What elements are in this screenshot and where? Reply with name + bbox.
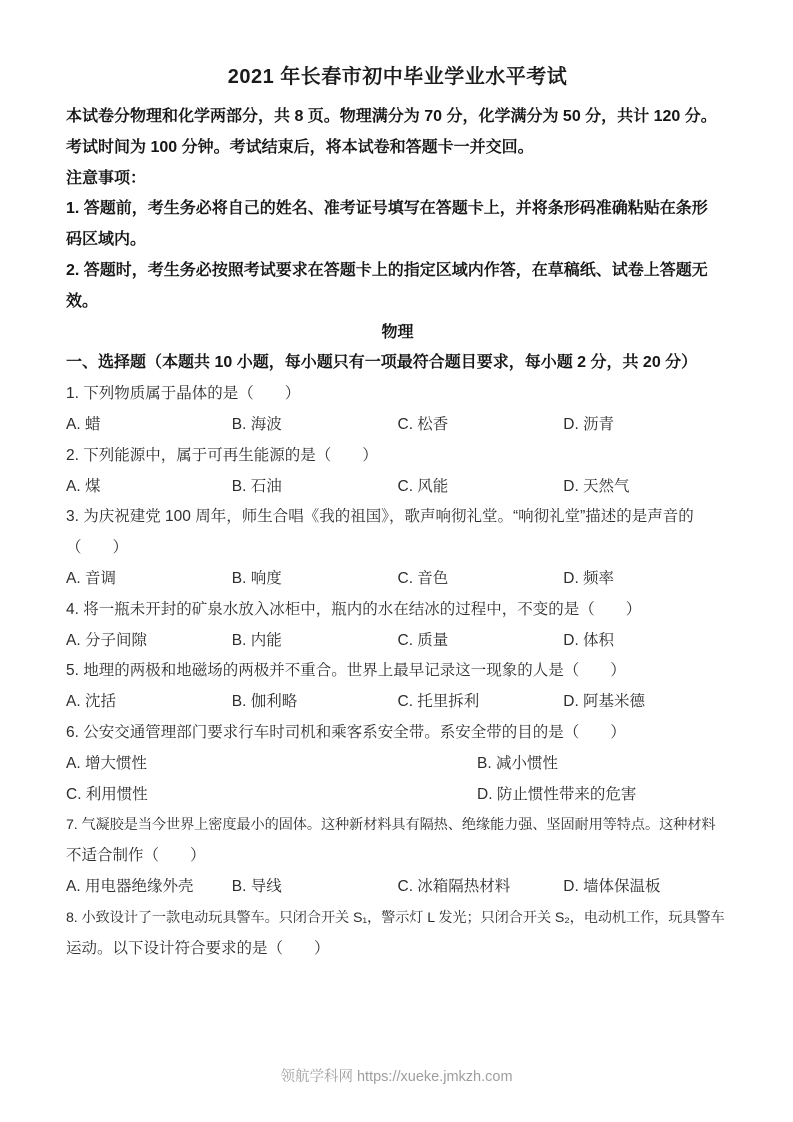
question-6-stem: 6. 公安交通管理部门要求行车时司机和乘客系安全带。系安全带的目的是（ ） — [66, 718, 729, 749]
question-4-option-c: C. 质量 — [398, 626, 564, 657]
question-7-stem-line-1: 7. 气凝胶是当今世界上密度最小的固体。这种新材料具有隔热、绝缘能力强、坚固耐用… — [66, 810, 729, 841]
question-1-option-b: B. 海波 — [232, 410, 398, 441]
question-3: 3. 为庆祝建党 100 周年，师生合唱《我的祖国》，歌声响彻礼堂。“响彻礼堂”… — [66, 502, 729, 594]
question-7-option-c: C. 冰箱隔热材料 — [398, 872, 564, 903]
intro-line-1: 本试卷分物理和化学两部分，共 8 页。物理满分为 70 分，化学满分为 50 分… — [66, 102, 729, 133]
question-2-options: A. 煤 B. 石油 C. 风能 D. 天然气 — [66, 472, 729, 503]
subject-heading: 物理 — [66, 318, 729, 349]
question-5-option-b: B. 伽利略 — [232, 687, 398, 718]
question-4-option-a: A. 分子间隙 — [66, 626, 232, 657]
question-1-option-d: D. 沥青 — [563, 410, 729, 441]
question-1: 1. 下列物质属于晶体的是（ ） A. 蜡 B. 海波 C. 松香 D. 沥青 — [66, 379, 729, 441]
question-4-options: A. 分子间隙 B. 内能 C. 质量 D. 体积 — [66, 626, 729, 657]
question-3-options: A. 音调 B. 响度 C. 音色 D. 频率 — [66, 564, 729, 595]
notice-1-line-1: 1. 答题前，考生务必将自己的姓名、准考证号填写在答题卡上，并将条形码准确粘贴在… — [66, 194, 729, 225]
notice-2-line-1: 2. 答题时，考生务必按照考试要求在答题卡上的指定区域内作答，在草稿纸、试卷上答… — [66, 256, 729, 287]
question-7-option-d: D. 墙体保温板 — [563, 872, 729, 903]
question-6-option-b: B. 减小惯性 — [477, 749, 729, 780]
question-6-option-c: C. 利用惯性 — [66, 780, 477, 811]
question-7-option-a: A. 用电器绝缘外壳 — [66, 872, 232, 903]
question-7-options: A. 用电器绝缘外壳 B. 导线 C. 冰箱隔热材料 D. 墙体保温板 — [66, 872, 729, 903]
question-8-stem-line-1: 8. 小致设计了一款电动玩具警车。只闭合开关 S₁，警示灯 L 发光；只闭合开关… — [66, 903, 729, 934]
question-6-option-a: A. 增大惯性 — [66, 749, 477, 780]
question-5-option-c: C. 托里拆利 — [398, 687, 564, 718]
notice-heading: 注意事项： — [66, 164, 729, 195]
question-2: 2. 下列能源中，属于可再生能源的是（ ） A. 煤 B. 石油 C. 风能 D… — [66, 441, 729, 503]
question-2-option-c: C. 风能 — [398, 472, 564, 503]
question-7-stem-line-2: 不适合制作（ ） — [66, 841, 729, 872]
question-1-stem: 1. 下列物质属于晶体的是（ ） — [66, 379, 729, 410]
question-4-option-d: D. 体积 — [563, 626, 729, 657]
question-4-stem: 4. 将一瓶未开封的矿泉水放入冰柜中，瓶内的水在结冰的过程中，不变的是（ ） — [66, 595, 729, 626]
question-3-option-d: D. 频率 — [563, 564, 729, 595]
section-heading: 一、选择题（本题共 10 小题，每小题只有一项最符合题目要求，每小题 2 分，共… — [66, 348, 729, 379]
question-5: 5. 地理的两极和地磁场的两极并不重合。世界上最早记录这一现象的人是（ ） A.… — [66, 656, 729, 718]
question-1-option-c: C. 松香 — [398, 410, 564, 441]
notice-2-line-2: 效。 — [66, 287, 729, 318]
question-5-options: A. 沈括 B. 伽利略 C. 托里拆利 D. 阿基米德 — [66, 687, 729, 718]
question-1-option-a: A. 蜡 — [66, 410, 232, 441]
page-title: 2021 年长春市初中毕业学业水平考试 — [66, 60, 729, 94]
question-5-option-d: D. 阿基米德 — [563, 687, 729, 718]
question-5-stem: 5. 地理的两极和地磁场的两极并不重合。世界上最早记录这一现象的人是（ ） — [66, 656, 729, 687]
question-6-option-d: D. 防止惯性带来的危害 — [477, 780, 729, 811]
question-1-options: A. 蜡 B. 海波 C. 松香 D. 沥青 — [66, 410, 729, 441]
question-7-option-b: B. 导线 — [232, 872, 398, 903]
question-2-option-d: D. 天然气 — [563, 472, 729, 503]
question-3-option-c: C. 音色 — [398, 564, 564, 595]
question-7: 7. 气凝胶是当今世界上密度最小的固体。这种新材料具有隔热、绝缘能力强、坚固耐用… — [66, 810, 729, 902]
question-3-option-a: A. 音调 — [66, 564, 232, 595]
question-6: 6. 公安交通管理部门要求行车时司机和乘客系安全带。系安全带的目的是（ ） A.… — [66, 718, 729, 810]
question-3-stem: 3. 为庆祝建党 100 周年，师生合唱《我的祖国》，歌声响彻礼堂。“响彻礼堂”… — [66, 502, 729, 564]
watermark-footer: 领航学科网 https://xueke.jmkzh.com — [0, 1066, 793, 1088]
intro-line-2: 考试时间为 100 分钟。考试结束后，将本试卷和答题卡一并交回。 — [66, 133, 729, 164]
question-6-options: A. 增大惯性 B. 减小惯性 C. 利用惯性 D. 防止惯性带来的危害 — [66, 749, 729, 811]
exam-page: 2021 年长春市初中毕业学业水平考试 本试卷分物理和化学两部分，共 8 页。物… — [0, 0, 793, 964]
question-3-option-b: B. 响度 — [232, 564, 398, 595]
question-4-option-b: B. 内能 — [232, 626, 398, 657]
question-8-stem-line-2: 运动。以下设计符合要求的是（ ） — [66, 934, 729, 965]
question-2-option-b: B. 石油 — [232, 472, 398, 503]
question-2-stem: 2. 下列能源中，属于可再生能源的是（ ） — [66, 441, 729, 472]
question-4: 4. 将一瓶未开封的矿泉水放入冰柜中，瓶内的水在结冰的过程中，不变的是（ ） A… — [66, 595, 729, 657]
question-8: 8. 小致设计了一款电动玩具警车。只闭合开关 S₁，警示灯 L 发光；只闭合开关… — [66, 903, 729, 965]
notice-1-line-2: 码区域内。 — [66, 225, 729, 256]
question-5-option-a: A. 沈括 — [66, 687, 232, 718]
question-2-option-a: A. 煤 — [66, 472, 232, 503]
